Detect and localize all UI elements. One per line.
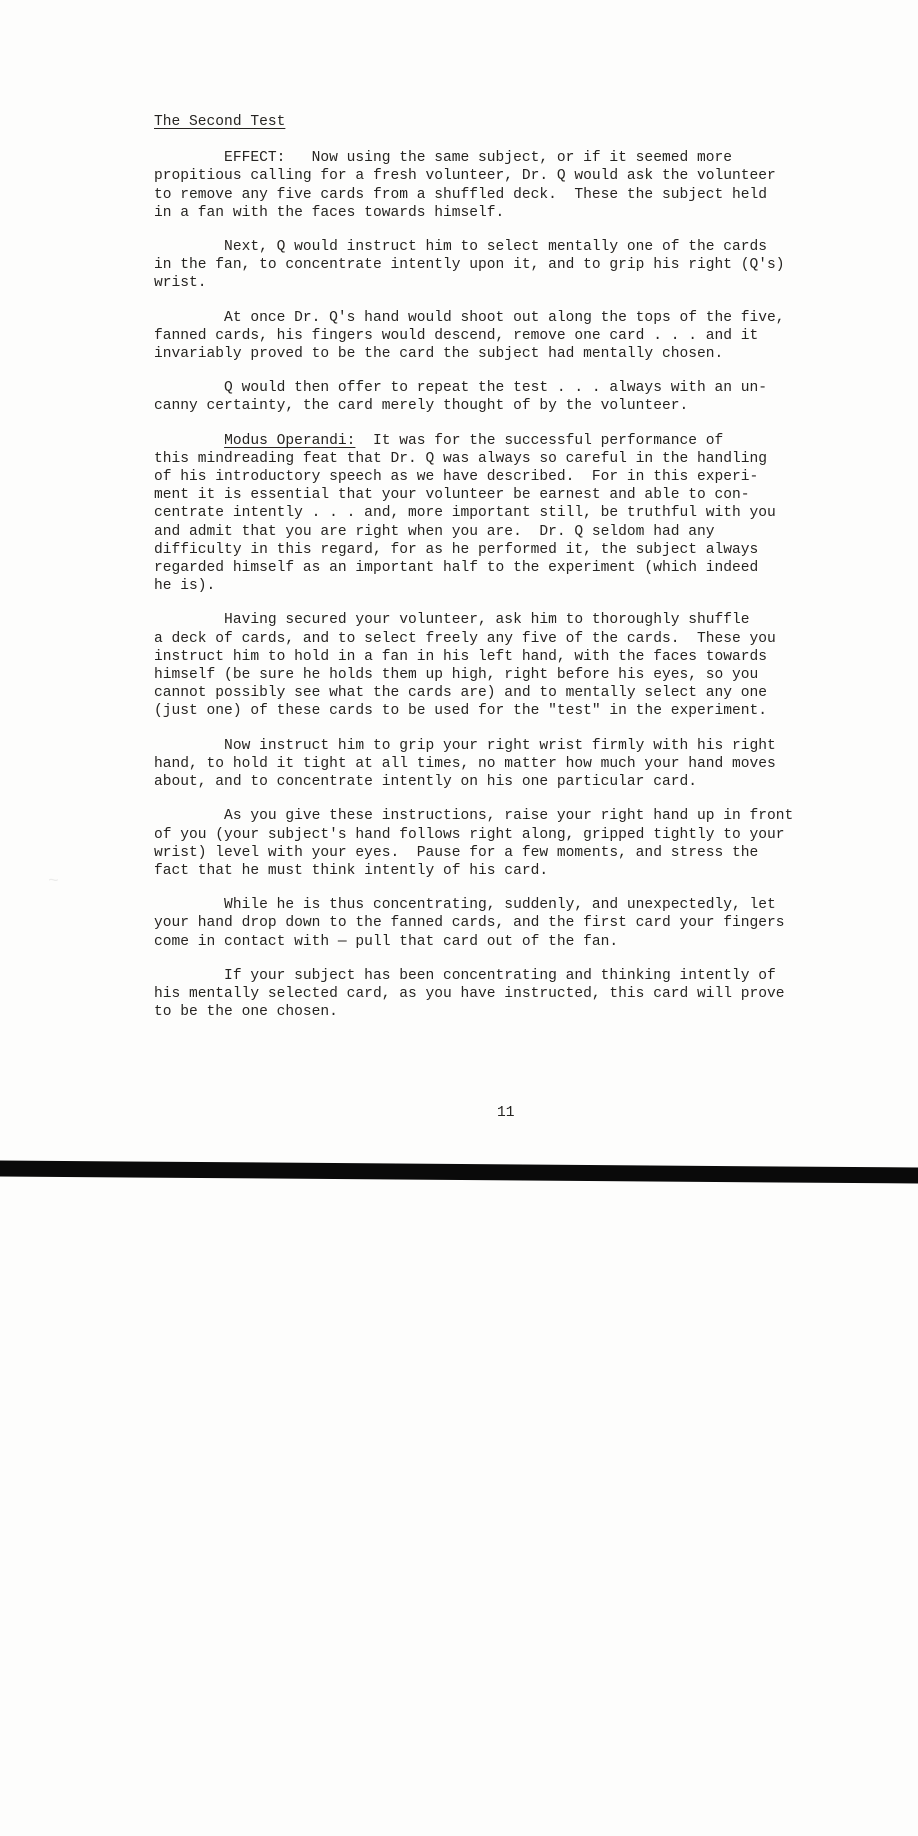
text-line: If your subject has been concentrating a… — [154, 967, 834, 985]
text-line: wrist. — [154, 274, 834, 292]
text-line: come in contact with — pull that card ou… — [154, 933, 834, 951]
text-line: instruct him to hold in a fan in his lef… — [154, 648, 834, 666]
text-line: Next, Q would instruct him to select men… — [154, 238, 834, 256]
page-number: 11 — [497, 1104, 515, 1122]
text-line: a deck of cards, and to select freely an… — [154, 630, 834, 648]
text-line: difficulty in this regard, for as he per… — [154, 541, 834, 559]
modus-operandi-lead: Modus Operandi: — [224, 433, 355, 449]
paragraph: Next, Q would instruct him to select men… — [154, 238, 834, 293]
text-line: While he is thus concentrating, suddenly… — [154, 896, 834, 914]
text-line: centrate intently . . . and, more import… — [154, 504, 834, 522]
text-line: to be the one chosen. — [154, 1003, 834, 1021]
paragraph: Having secured your volunteer, ask him t… — [154, 611, 834, 720]
scan-artifact-bar — [0, 1160, 918, 1183]
text-line: himself (be sure he holds them up high, … — [154, 666, 834, 684]
text-line: Q would then offer to repeat the test . … — [154, 379, 834, 397]
text-line: At once Dr. Q's hand would shoot out alo… — [154, 309, 834, 327]
text-line: of his introductory speech as we have de… — [154, 468, 834, 486]
paragraph: While he is thus concentrating, suddenly… — [154, 896, 834, 951]
text-line: regarded himself as an important half to… — [154, 559, 834, 577]
document-body: EFFECT: Now using the same subject, or i… — [154, 149, 834, 1021]
scanned-page: ~ The Second Test EFFECT: Now using the … — [0, 0, 918, 1836]
text-line: and admit that you are right when you ar… — [154, 523, 834, 541]
text-line: to remove any five cards from a shuffled… — [154, 186, 834, 204]
text-line: invariably proved to be the card the sub… — [154, 345, 834, 363]
text-line: your hand drop down to the fanned cards,… — [154, 914, 834, 932]
text-line: hand, to hold it tight at all times, no … — [154, 755, 834, 773]
paragraph: Q would then offer to repeat the test . … — [154, 379, 834, 415]
text-line: his mentally selected card, as you have … — [154, 985, 834, 1003]
text-line: he is). — [154, 577, 834, 595]
paragraph: At once Dr. Q's hand would shoot out alo… — [154, 309, 834, 364]
paragraph: As you give these instructions, raise yo… — [154, 807, 834, 880]
document-text-block: The Second Test EFFECT: Now using the sa… — [154, 113, 834, 1021]
text-line: ment it is essential that your volunteer… — [154, 486, 834, 504]
text-line: EFFECT: Now using the same subject, or i… — [154, 149, 834, 167]
text-line: fanned cards, his fingers would descend,… — [154, 327, 834, 345]
text-line: wrist) level with your eyes. Pause for a… — [154, 844, 834, 862]
paragraph: Modus Operandi: It was for the successfu… — [154, 432, 834, 596]
text-line: cannot possibly see what the cards are) … — [154, 684, 834, 702]
text-line: Now instruct him to grip your right wris… — [154, 737, 834, 755]
paragraph: If your subject has been concentrating a… — [154, 967, 834, 1022]
text-line: canny certainty, the card merely thought… — [154, 397, 834, 415]
text-line: about, and to concentrate intently on hi… — [154, 773, 834, 791]
paragraph: EFFECT: Now using the same subject, or i… — [154, 149, 834, 222]
text-line: in a fan with the faces towards himself. — [154, 204, 834, 222]
text-line: fact that he must think intently of his … — [154, 862, 834, 880]
document-title: The Second Test — [154, 113, 834, 131]
text-line: this mindreading feat that Dr. Q was alw… — [154, 450, 834, 468]
text-line: As you give these instructions, raise yo… — [154, 807, 834, 825]
text-line: (just one) of these cards to be used for… — [154, 702, 834, 720]
text-line: Having secured your volunteer, ask him t… — [154, 611, 834, 629]
text-line: of you (your subject's hand follows righ… — [154, 826, 834, 844]
text-line: Modus Operandi: It was for the successfu… — [154, 432, 834, 450]
text-line: propitious calling for a fresh volunteer… — [154, 167, 834, 185]
paragraph: Now instruct him to grip your right wris… — [154, 737, 834, 792]
margin-smudge-mark: ~ — [48, 872, 59, 892]
text-line: in the fan, to concentrate intently upon… — [154, 256, 834, 274]
